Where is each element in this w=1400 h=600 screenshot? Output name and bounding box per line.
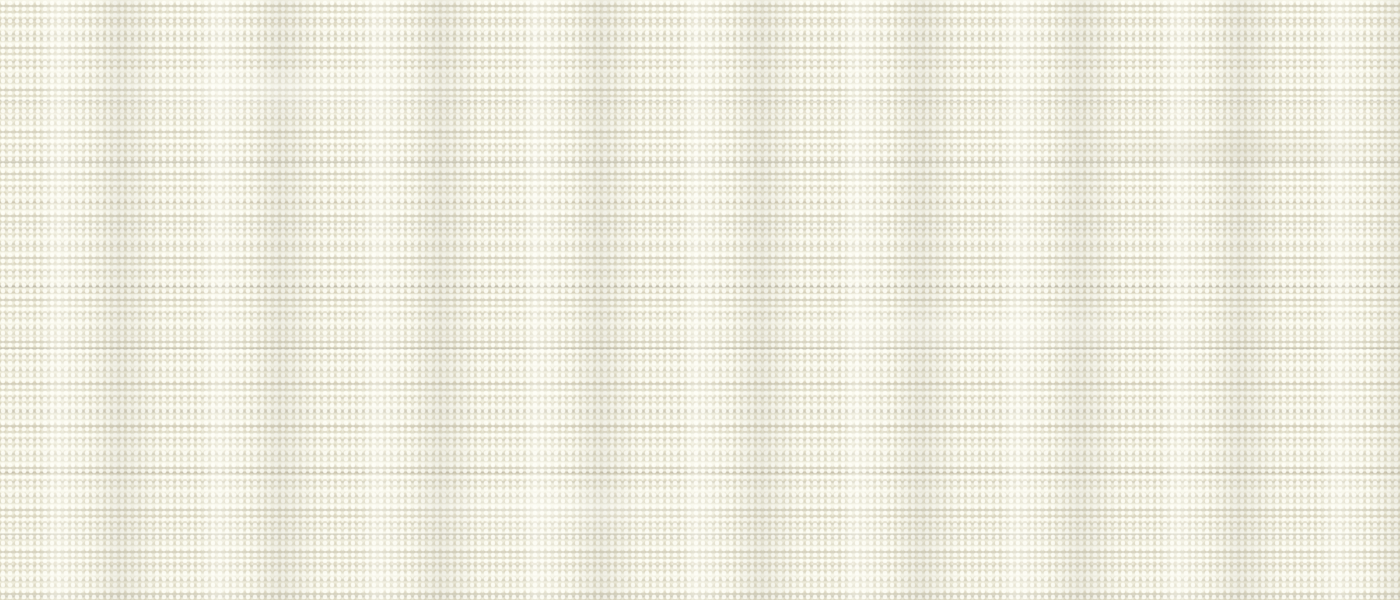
fabric-texture bbox=[0, 0, 1400, 600]
highlight-variation bbox=[0, 0, 1400, 600]
